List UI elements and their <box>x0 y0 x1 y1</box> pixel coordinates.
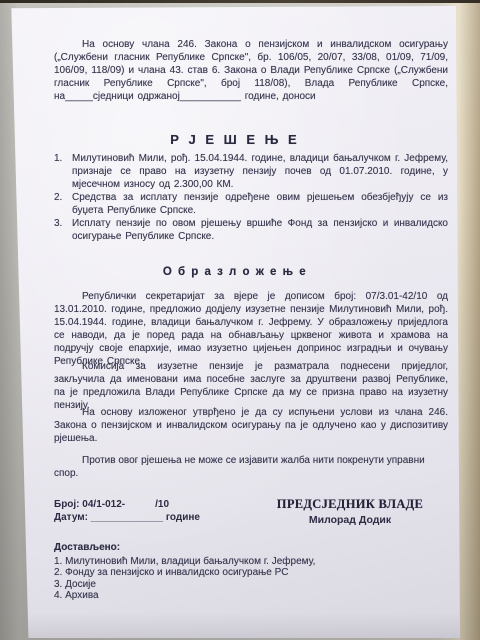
decision-item-text: Исплату пензије по овом рјешењу вршиће Ф… <box>72 217 448 243</box>
signer-title: ПРЕДСЈЕДНИК ВЛАДЕ <box>260 497 440 512</box>
decision-title: Р Ј Е Ш Е Њ Е <box>10 132 460 147</box>
distribution-item: 2. Фонду за пензијско и инвалидско осигу… <box>54 567 315 579</box>
decision-item-text: Милутиновић Мили, рођ. 15.04.1944. годин… <box>72 152 448 191</box>
decision-item-text: Средства за исплату пензије одређене ови… <box>72 191 448 217</box>
decision-item-number: 1. <box>54 152 72 191</box>
decision-item: 2. Средства за исплату пензије одређене … <box>54 191 448 217</box>
signature-block: ПРЕДСЈЕДНИК ВЛАДЕ Милорад Додик <box>260 497 440 526</box>
legal-preamble: На основу члана 246. Закона о пензијском… <box>54 38 448 103</box>
decision-items-list: 1. Милутиновић Мили, рођ. 15.04.1944. го… <box>54 152 448 243</box>
paper-sheet: На основу члана 246. Закона о пензијском… <box>10 6 460 638</box>
rationale-paragraph: На основу изложеног утврђено је да су ис… <box>54 406 448 445</box>
photo-background: На основу члана 246. Закона о пензијском… <box>0 0 480 640</box>
distribution-item: 4. Архива <box>54 590 315 602</box>
reference-number-line: Број: 04/1-012-/10 <box>54 498 200 511</box>
decision-item-number: 2. <box>54 191 72 217</box>
decision-item-number: 3. <box>54 217 72 243</box>
reference-number-prefix: Број: 04/1-012- <box>54 499 125 510</box>
distribution-item: 3. Досије <box>54 579 315 591</box>
rationale-paragraph: Комисија за изузетне пензије је разматра… <box>54 360 448 412</box>
decision-item: 1. Милутиновић Мили, рођ. 15.04.1944. го… <box>54 152 448 191</box>
distribution-heading: Достављено: <box>54 542 315 554</box>
reference-number-suffix: /10 <box>155 499 169 510</box>
appeal-clause: Против овог рјешења не може се изјавити … <box>54 454 448 480</box>
rationale-heading: О б р а з л о ж е њ е <box>10 266 460 278</box>
distribution-block: Достављено: 1. Милутиновић Мили, владици… <box>54 542 315 602</box>
date-line: Датум: _____________ године <box>54 511 200 524</box>
signer-name: Милорад Додик <box>260 514 440 526</box>
reference-block: Број: 04/1-012-/10 Датум: _____________ … <box>54 498 200 524</box>
distribution-item: 1. Милутиновић Мили, владици бањалучком … <box>54 556 315 568</box>
decision-item: 3. Исплату пензије по овом рјешењу вршић… <box>54 217 448 243</box>
rationale-paragraph: Републички секретаријат за вјере је допи… <box>54 290 448 368</box>
